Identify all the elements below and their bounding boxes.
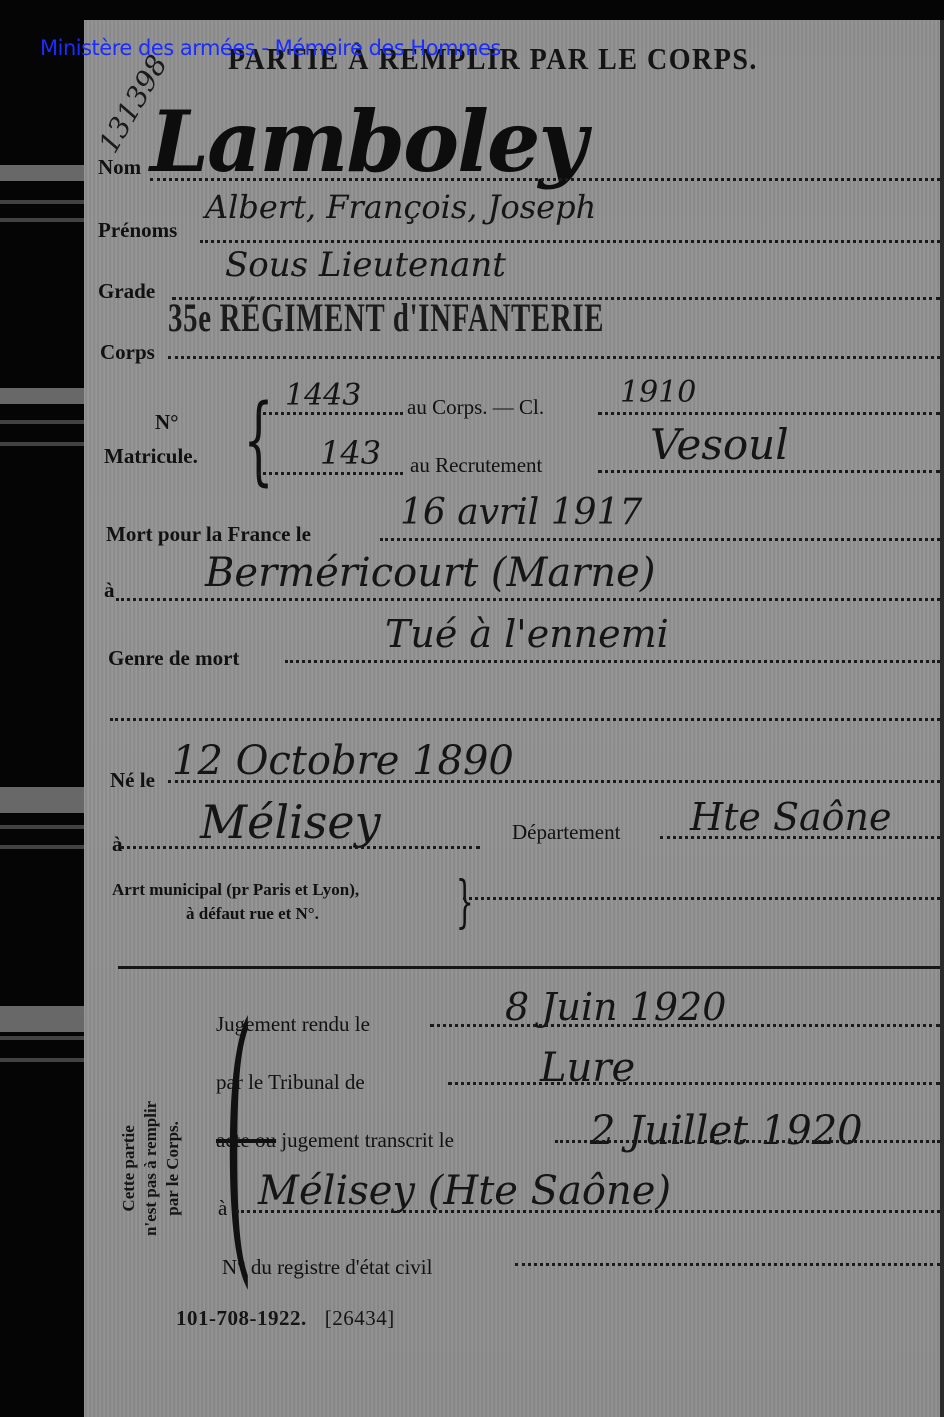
departement-label: Département: [512, 820, 620, 845]
film-stripe: [0, 200, 84, 204]
naissance-date-value: 12 Octobre 1890: [172, 738, 514, 784]
film-stripe: [0, 825, 84, 829]
film-stripe: [0, 1036, 84, 1040]
corps-value: 35e RÉGIMENT d'INFANTERIE: [168, 294, 604, 341]
side-note: Cette partie n'est pas à remplir par le …: [118, 1101, 184, 1236]
nom-line: [150, 178, 940, 181]
transcrit-label-text: jugement transcrit le: [281, 1128, 454, 1152]
grade-label: Grade: [98, 279, 155, 304]
film-stripe: [0, 787, 84, 813]
registre-line: [515, 1263, 940, 1266]
film-stripe: [0, 388, 84, 404]
naissance-date-line: [168, 780, 940, 783]
mort-date-line: [380, 538, 940, 541]
jugement-rendu-value: 8 Juin 1920: [505, 985, 726, 1029]
footer-reference: 101-708-1922.[26434]: [176, 1306, 395, 1331]
recrutement-line: [598, 470, 940, 473]
mort-date-value: 16 avril 1917: [400, 492, 642, 533]
film-stripe: [0, 218, 84, 222]
corps-label: Corps: [100, 340, 155, 365]
au-recrutement-label: au Recrutement: [410, 453, 542, 478]
tribunal-label: par le Tribunal de: [216, 1070, 365, 1095]
prenoms-line: [200, 240, 940, 243]
matricule-label: Matricule.: [104, 444, 198, 469]
naissance-lieu-value: Mélisey: [200, 795, 381, 849]
transcrit-value: 2 Juillet 1920: [590, 1108, 863, 1154]
mort-lieu-line: [116, 598, 940, 601]
corps-line: [168, 356, 940, 359]
classe-line: [598, 412, 940, 415]
matricule-label-no: N°: [155, 410, 179, 435]
arrondissement-label-1: Arrt municipal (pr Paris et Lyon),: [112, 880, 359, 900]
brace: }: [456, 870, 474, 935]
jugement-rendu-label: Jugement rendu le: [216, 1012, 370, 1037]
side-note-line-1: Cette partie: [118, 1101, 140, 1236]
mort-date-label: Mort pour la France le: [106, 522, 311, 547]
side-note-line-3: par le Corps.: [162, 1101, 184, 1236]
jugement-lieu-line: [236, 1210, 940, 1213]
film-stripe: [0, 1006, 84, 1032]
recrutement-place: Vesoul: [650, 420, 789, 469]
watermark: Ministère des armées - Mémoire des Homme…: [40, 36, 501, 60]
jugement-lieu-value: Mélisey (Hte Saône): [258, 1168, 671, 1214]
mort-lieu-label: à: [104, 578, 115, 603]
au-corps-label: au Corps. — Cl.: [407, 395, 544, 420]
naissance-date-label: Né le: [110, 768, 155, 793]
mort-lieu-value: Berméricourt (Marne): [205, 550, 655, 596]
blank-line: [110, 718, 940, 721]
film-stripe: [0, 165, 84, 181]
registre-label: N° du registre d'état civil: [222, 1255, 432, 1280]
film-stripe: [0, 1058, 84, 1062]
genre-mort-label: Genre de mort: [108, 646, 239, 671]
matricule-recrutement-number: 143: [320, 434, 381, 472]
film-stripe: [0, 420, 84, 424]
genre-mort-value: Tué à l'ennemi: [385, 612, 669, 656]
transcrit-label: acte ou jugement transcrit le: [216, 1128, 454, 1153]
film-stripe: [0, 442, 84, 446]
jugement-rendu-line: [430, 1024, 940, 1027]
arrondissement-label-2: à défaut rue et N°.: [186, 904, 319, 924]
nom-value: Lamboley: [150, 92, 585, 191]
side-note-line-2: n'est pas à remplir: [140, 1101, 162, 1236]
classe-value: 1910: [620, 375, 696, 410]
genre-mort-line: [285, 660, 940, 663]
arrondissement-line: [463, 897, 940, 900]
footer-ref: 101-708-1922.: [176, 1306, 307, 1330]
naissance-lieu-line: [120, 846, 480, 849]
transcrit-line: [555, 1140, 940, 1143]
matricule-corps-number: 1443: [285, 378, 361, 413]
jugement-lieu-label: à: [218, 1196, 227, 1221]
tribunal-line: [448, 1082, 940, 1085]
film-stripe: [0, 845, 84, 849]
brace: {: [243, 384, 274, 496]
prenoms-value: Albert, François, Joseph: [205, 188, 596, 226]
departement-line: [660, 836, 940, 839]
prenoms-label: Prénoms: [98, 218, 177, 243]
nom-label: Nom: [98, 155, 141, 180]
naissance-lieu-label: à: [112, 832, 123, 857]
transcrit-struck-label: acte ou: [216, 1128, 276, 1152]
footer-code: [26434]: [325, 1306, 395, 1330]
grade-value: Sous Lieutenant: [225, 245, 506, 285]
matricule-recrutement-line: [258, 472, 403, 475]
departement-value: Hte Saône: [690, 795, 892, 839]
